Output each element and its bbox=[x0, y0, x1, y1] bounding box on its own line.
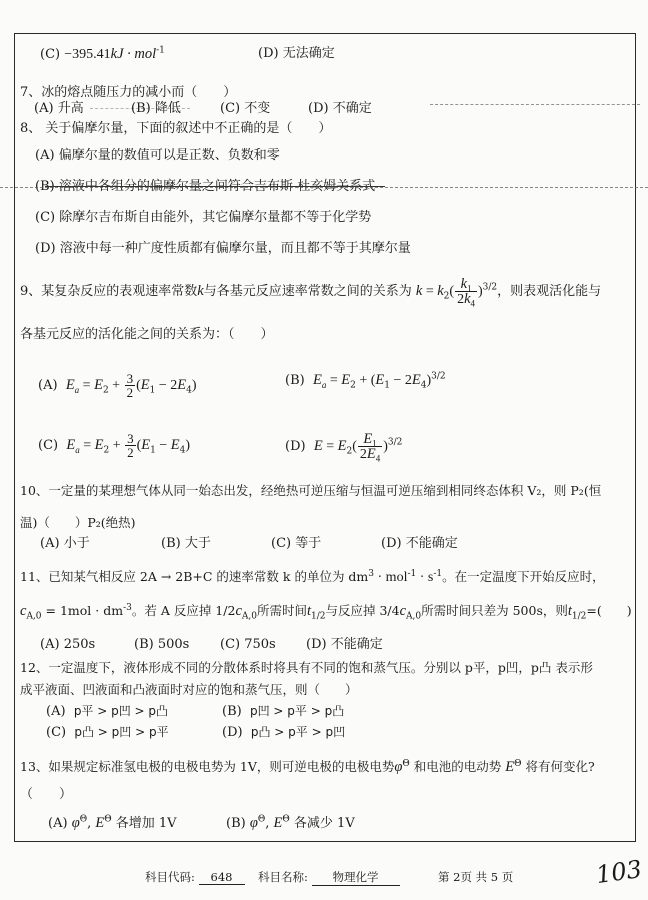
q12-option-a: (A) p平 > p凹 > p凸 bbox=[46, 703, 168, 720]
q13-stem-line2: （ ） bbox=[20, 787, 72, 803]
q11-stem-line1: 11、已知某气相反应 2A → 2B+C 的速率常数 k 的单位为 dm3 · … bbox=[20, 569, 605, 586]
q9-option-b: (B) Ea = E2 + (E1 − 2E4)3/2 bbox=[285, 372, 446, 389]
q8-option-c: (C) 除摩尔吉布斯自由能外，其它偏摩尔量都不等于化学势 bbox=[35, 210, 371, 226]
q6-option-c: (C) −395.41kJ · mol-1 bbox=[40, 46, 165, 63]
q10-option-c: (C) 等于 bbox=[271, 536, 321, 552]
q13-option-a: (A) φΘ, EΘ 各增加 1V bbox=[48, 815, 177, 832]
q6-option-d: (D) 无法确定 bbox=[258, 46, 335, 62]
q11-option-b: (B) 500s bbox=[134, 637, 189, 653]
q10-option-b: (B) 大于 bbox=[161, 536, 211, 552]
option-value: −395.41 bbox=[64, 47, 110, 62]
q9-option-c: (C) Ea = E2 + 32(E1 − E4) bbox=[38, 432, 190, 459]
q7-option-c: (C) 不变 bbox=[220, 101, 270, 117]
q8-option-d: (D) 溶液中每一种广度性质都有偏摩尔量，而且都不等于其摩尔量 bbox=[35, 241, 411, 257]
q10-option-a: (A) 小于 bbox=[40, 536, 90, 552]
q9-formula: k = k2(k12k4)3/2 bbox=[416, 277, 497, 306]
q12-option-b: (B) p凹 > p平 > p凸 bbox=[222, 703, 344, 720]
scan-artifact-line bbox=[430, 104, 640, 105]
q12-stem-line2: 成平液面、凹液面和凸液面时对应的饱和蒸气压，则（ ） bbox=[20, 682, 358, 698]
q8-stem: 8、 关于偏摩尔量，下面的叙述中不正确的是（ ） bbox=[20, 121, 331, 137]
q11-option-d: (D) 不能确定 bbox=[306, 637, 383, 653]
footer-page-info: 第 2页 共 5 页 bbox=[438, 869, 513, 885]
option-unit: kJ · mol bbox=[111, 46, 157, 62]
q10-option-d: (D) 不能确定 bbox=[381, 536, 458, 552]
q7-option-d: (D) 不确定 bbox=[308, 101, 372, 117]
q7-option-b: (B) 降低 bbox=[131, 101, 181, 117]
q11-option-a: (A) 250s bbox=[40, 637, 95, 653]
option-text: 无法确定 bbox=[283, 46, 335, 61]
q8-option-a: (A) 偏摩尔量的数值可以是正数、负数和零 bbox=[35, 148, 280, 164]
strikethrough-mark bbox=[45, 186, 385, 187]
q11-stem-line2: cA,0 = 1mol · dm-3。若 A 反应掉 1/2cA,0所需时间t1… bbox=[20, 603, 632, 619]
q11-option-c: (C) 750s bbox=[220, 637, 276, 653]
q10-stem-line1: 10、一定量的某理想气体从同一始态出发，经绝热可逆压缩与恒温可逆压缩到相同终态体… bbox=[20, 483, 601, 499]
q10-stem-line2: 温)（ ）P₂(绝热) bbox=[20, 515, 136, 531]
handwritten-page-number: 103 bbox=[594, 855, 643, 889]
unit-exponent: -1 bbox=[156, 46, 165, 56]
q9-option-d: (D) E = E2(E12E4)3/2 bbox=[285, 432, 402, 461]
q9-stem-line2: 各基元反应的活化能之间的关系为：（ ） bbox=[20, 327, 274, 343]
q9-option-a: (A) Ea = E2 + 32(E1 − 2E4) bbox=[38, 372, 197, 399]
scan-artifact-line bbox=[0, 187, 648, 188]
q12-stem-line1: 12、一定温度下，液体形成不同的分散体系时将具有不同的饱和蒸气压。分别以 p平，… bbox=[20, 660, 593, 676]
q12-option-d: (D) p凸 > p平 > p凹 bbox=[222, 724, 345, 741]
q7-option-a: (A) 升高 bbox=[34, 101, 84, 117]
q9-stem-line1: 9、某复杂反应的表观速率常数k与各基元反应速率常数之间的关系为 k = k2(k… bbox=[20, 277, 601, 306]
option-label: (C) bbox=[40, 47, 60, 62]
q13-option-b: (B) φΘ, EΘ 各减少 1V bbox=[226, 815, 355, 832]
q13-stem-line1: 13、如果规定标准氢电极的电极电势为 1V，则可逆电极的电极电势φΘ 和电池的电… bbox=[20, 759, 595, 775]
footer-code: 科目代码: 648 bbox=[145, 869, 245, 885]
footer-subject: 科目名称: 物理化学 bbox=[258, 869, 400, 886]
q12-option-c: (C) p凸 > p凹 > p平 bbox=[46, 724, 169, 741]
option-label: (D) bbox=[258, 46, 279, 61]
q7-stem: 7、冰的熔点随压力的减小而（ ） bbox=[20, 85, 236, 101]
